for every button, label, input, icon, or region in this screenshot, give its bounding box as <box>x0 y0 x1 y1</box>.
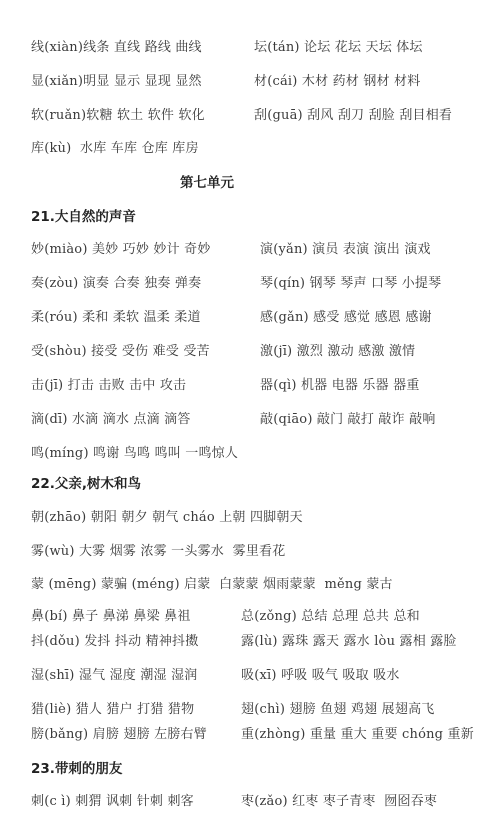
vocab-line: 柔(róu) 柔和 柔软 温柔 柔道 <box>31 306 201 325</box>
lesson-title: 23.带刺的朋友 <box>31 757 122 777</box>
vocab-line: 鸣(míng) 鸣谢 鸟鸣 鸣叫 一鸣惊人 <box>31 442 238 461</box>
vocab-line: 显(xiǎn)明显 显示 显现 显然 <box>31 70 202 89</box>
vocab-line: 鼻(bí) 鼻子 鼻涕 鼻梁 鼻祖 <box>31 605 191 624</box>
vocab-line: 库(kù) 水库 车库 仓库 库房 <box>31 137 199 156</box>
vocab-line: 琴(qín) 钢琴 琴声 口琴 小提琴 <box>260 272 441 291</box>
vocab-line: 受(shòu) 接受 受伤 难受 受苦 <box>31 340 210 359</box>
vocab-line: 抖(dǒu) 发抖 抖动 精神抖擞 <box>31 630 198 649</box>
vocab-line: 线(xiàn)线条 直线 路线 曲线 <box>31 36 202 55</box>
vocab-line: 膀(bǎng) 肩膀 翅膀 左膀右臂 <box>31 723 207 742</box>
vocab-line: 滴(dī) 水滴 滴水 点滴 滴答 <box>31 408 191 427</box>
vocab-line: 感(gǎn) 感受 感觉 感恩 感谢 <box>260 306 432 325</box>
vocab-line: 总(zǒng) 总结 总理 总共 总和 <box>241 605 420 624</box>
vocab-line: 演(yǎn) 演员 表演 演出 演戏 <box>260 238 431 257</box>
vocab-line: 刮(guā) 刮风 刮刀 刮脸 刮目相看 <box>254 104 452 123</box>
lesson-title: 21.大自然的声音 <box>31 205 136 225</box>
vocab-line: 吸(xī) 呼吸 吸气 吸取 吸水 <box>241 664 400 683</box>
vocab-line: 激(jī) 激烈 激动 感激 激情 <box>260 340 415 359</box>
vocab-line: 软(ruǎn)软糖 软土 软件 软化 <box>31 104 205 123</box>
unit-title: 第七单元 <box>180 171 234 191</box>
vocab-line: 重(zhòng) 重量 重大 重要 chóng 重新 <box>241 723 474 742</box>
vocab-line: 蒙 (mēng) 蒙骗 (méng) 启蒙 白蒙蒙 烟雨蒙蒙 měng 蒙古 <box>31 573 393 592</box>
vocab-line: 刺(c ì) 刺猬 讽刺 针刺 刺客 <box>31 790 194 809</box>
vocab-line: 朝(zhāo) 朝阳 朝夕 朝气 cháo 上朝 四脚朝天 <box>31 506 303 525</box>
vocab-line: 敲(qiāo) 敲门 敲打 敲诈 敲响 <box>260 408 436 427</box>
vocab-line: 露(lù) 露珠 露天 露水 lòu 露相 露脸 <box>241 630 457 649</box>
vocab-line: 坛(tán) 论坛 花坛 天坛 体坛 <box>254 36 423 55</box>
vocab-line: 材(cái) 木材 药材 钢材 材料 <box>254 70 420 89</box>
vocab-line: 翅(chì) 翅膀 鱼翅 鸡翅 展翅高飞 <box>241 698 434 717</box>
vocab-line: 湿(shī) 湿气 湿度 潮湿 湿润 <box>31 664 197 683</box>
lesson-title: 22.父亲,树木和鸟 <box>31 472 141 492</box>
vocab-line: 妙(miào) 美妙 巧妙 妙计 奇妙 <box>31 238 211 257</box>
vocab-line: 枣(zǎo) 红枣 枣子青枣 囫囵吞枣 <box>241 790 437 809</box>
vocab-line: 猎(liè) 猎人 猎户 打猎 猎物 <box>31 698 194 717</box>
vocab-line: 雾(wù) 大雾 烟雾 浓雾 一头雾水 雾里看花 <box>31 540 285 559</box>
vocab-line: 器(qì) 机器 电器 乐器 器重 <box>260 374 420 393</box>
vocab-line: 奏(zòu) 演奏 合奏 独奏 弹奏 <box>31 272 201 291</box>
vocab-line: 击(jī) 打击 击败 击中 攻击 <box>31 374 186 393</box>
